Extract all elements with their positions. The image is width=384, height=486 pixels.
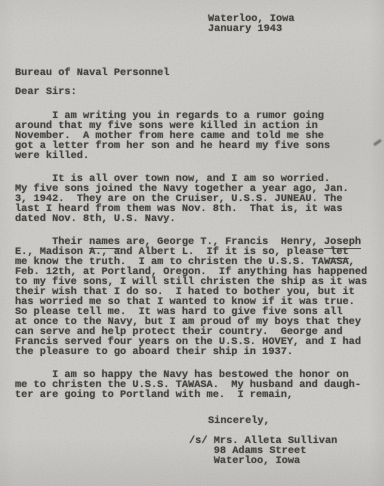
paragraph: I am writing you in regards to a rumor g… [15,111,367,161]
letter-line: January 1943 [208,24,295,34]
signature-block: /s/ Mrs. Alleta Sullivan 98 Adams Street… [189,436,337,466]
letter-body: I am writing you in regards to a rumor g… [15,111,367,400]
scan-smudge-mark [373,139,382,147]
paragraph: I am so happy the Navy has bestowed the … [15,370,367,400]
recipient-line: Bureau of Naval Personnel [15,68,169,78]
letter-line: were killed. [15,151,367,161]
closing-line: Sincerely, [208,416,270,426]
paragraph: Their names are, George T., Francis Henr… [15,237,367,357]
letter-line: the pleasure to go aboard their ship in … [15,347,367,357]
salutation-line: Dear Sirs: [15,87,77,97]
letter-line: Waterloo, Iowa [189,456,337,466]
letter-line: dated Nov. 8th, U.S. Navy. [15,214,367,224]
paragraph: It is all over town now, and I am so wor… [15,174,367,224]
letter-line: ter are going to Portland with me. I rem… [15,390,367,400]
place-date-block: Waterloo, IowaJanuary 1943 [208,14,295,34]
letter-page: Waterloo, IowaJanuary 1943 Bureau of Nav… [0,0,384,486]
